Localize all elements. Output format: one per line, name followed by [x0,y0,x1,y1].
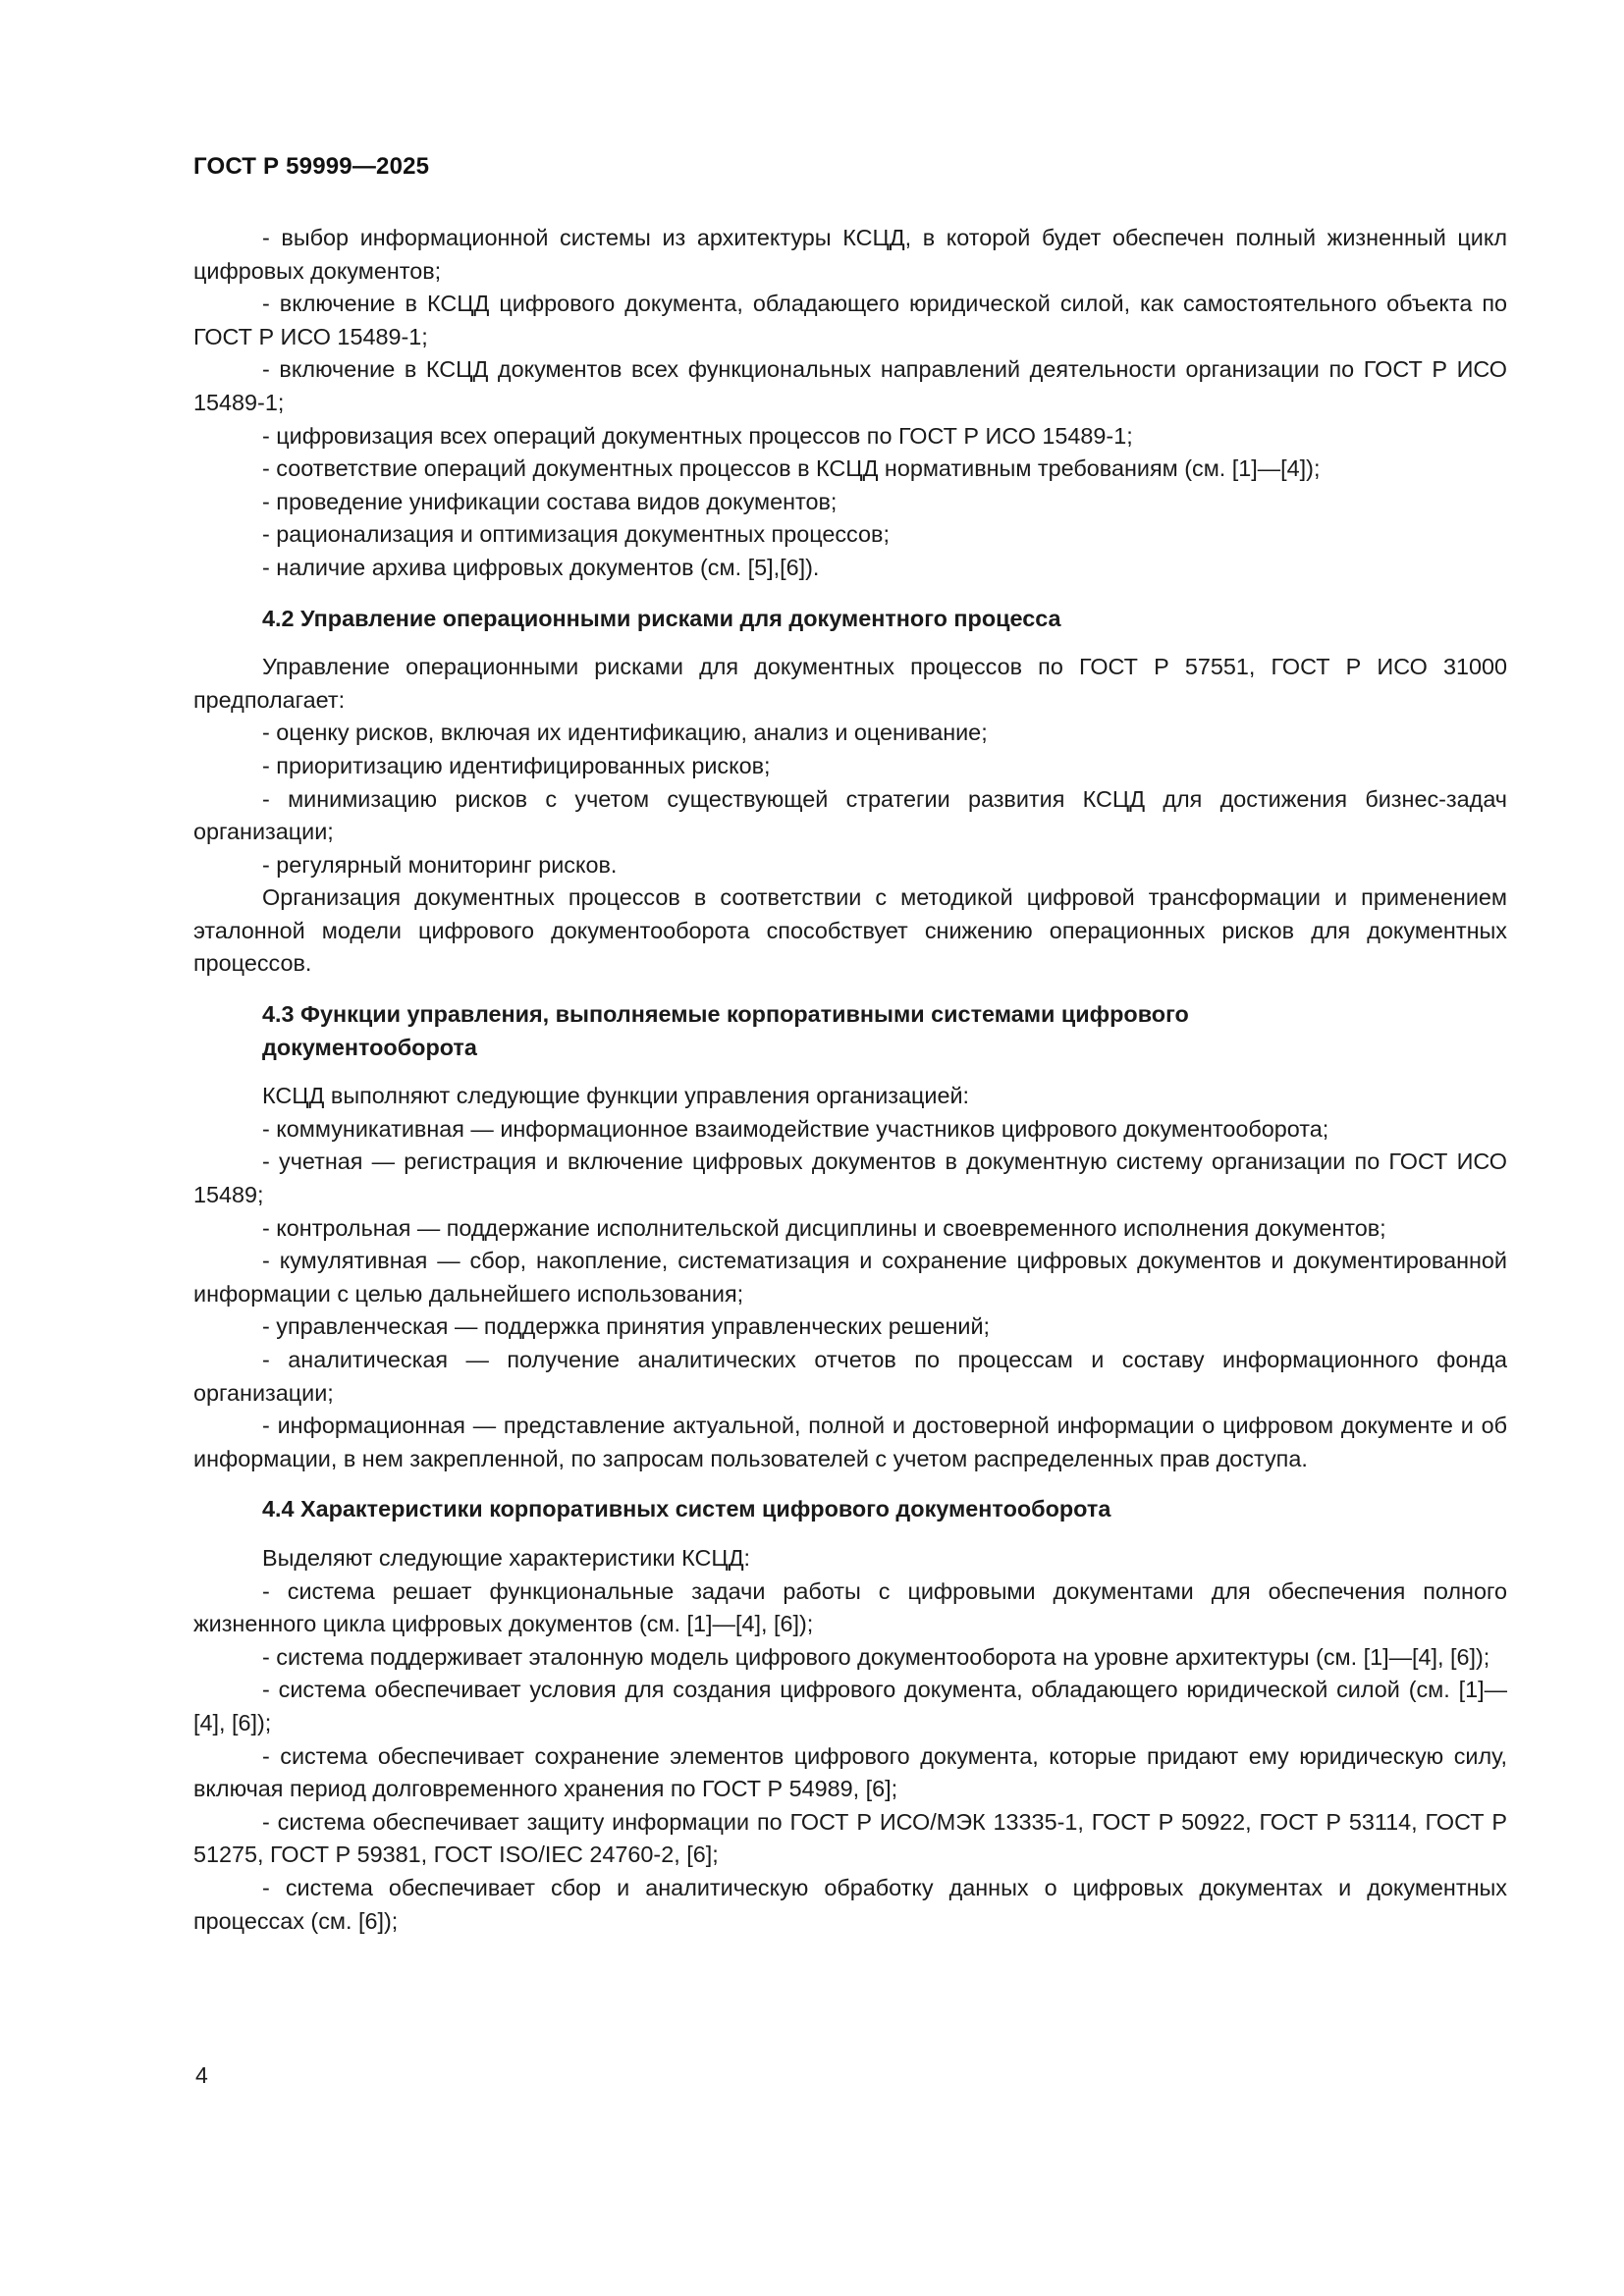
list-item: - наличие архива цифровых документов (см… [193,552,1507,585]
document-designation: ГОСТ Р 59999—2025 [193,153,429,181]
list-item: - система обеспечивает защиту информации… [193,1806,1507,1872]
list-item: - включение в КСЦД цифрового документа, … [193,288,1507,353]
list-item: - соответствие операций документных проц… [193,453,1507,486]
section-heading-4-3: 4.3 Функции управления, выполняемые корп… [193,998,1507,1064]
section-heading-4-4: 4.4 Характеристики корпоративных систем … [193,1493,1507,1526]
list-item: - информационная — представление актуаль… [193,1410,1507,1475]
section-4-4-lead: Выделяют следующие характеристики КСЦД: [193,1542,1507,1575]
list-item: - система обеспечивает сохранение элемен… [193,1740,1507,1806]
section-4-3-lead: КСЦД выполняют следующие функции управле… [193,1080,1507,1113]
list-item: - система обеспечивает условия для созда… [193,1674,1507,1739]
list-item: - контрольная — поддержание исполнительс… [193,1212,1507,1246]
list-item: - регулярный мониторинг рисков. [193,849,1507,882]
list-item: - аналитическая — получение аналитически… [193,1344,1507,1410]
list-item: - приоритизацию идентифицированных риско… [193,750,1507,783]
page-number: 4 [195,2062,208,2089]
list-item: - проведение унификации состава видов до… [193,486,1507,519]
list-item: - система обеспечивает сбор и аналитичес… [193,1872,1507,1938]
list-item: - минимизацию рисков с учетом существующ… [193,783,1507,849]
section-heading-4-3-line1: 4.3 Функции управления, выполняемые корп… [262,1001,1189,1027]
list-item: - включение в КСЦД документов всех функц… [193,353,1507,419]
list-item: - цифровизация всех операций документных… [193,420,1507,454]
section-4-2-lead: Управление операционными рисками для док… [193,651,1507,717]
list-item: - оценку рисков, включая их идентификаци… [193,717,1507,750]
section-4-2-conclusion: Организация документных процессов в соот… [193,881,1507,981]
section-heading-4-3-line2: документооборота [262,1035,477,1060]
list-item: - коммуникативная — информационное взаим… [193,1113,1507,1147]
list-item: - учетная — регистрация и включение цифр… [193,1146,1507,1211]
list-item: - рационализация и оптимизация документн… [193,518,1507,552]
list-item: - кумулятивная — сбор, накопление, систе… [193,1245,1507,1310]
list-item: - выбор информационной системы из архите… [193,222,1507,288]
list-item: - система решает функциональные задачи р… [193,1575,1507,1641]
section-heading-4-2: 4.2 Управление операционными рисками для… [193,603,1507,636]
document-body: - выбор информационной системы из архите… [193,222,1507,1938]
list-item: - управленческая — поддержка принятия уп… [193,1310,1507,1344]
list-item: - система поддерживает эталонную модель … [193,1641,1507,1675]
